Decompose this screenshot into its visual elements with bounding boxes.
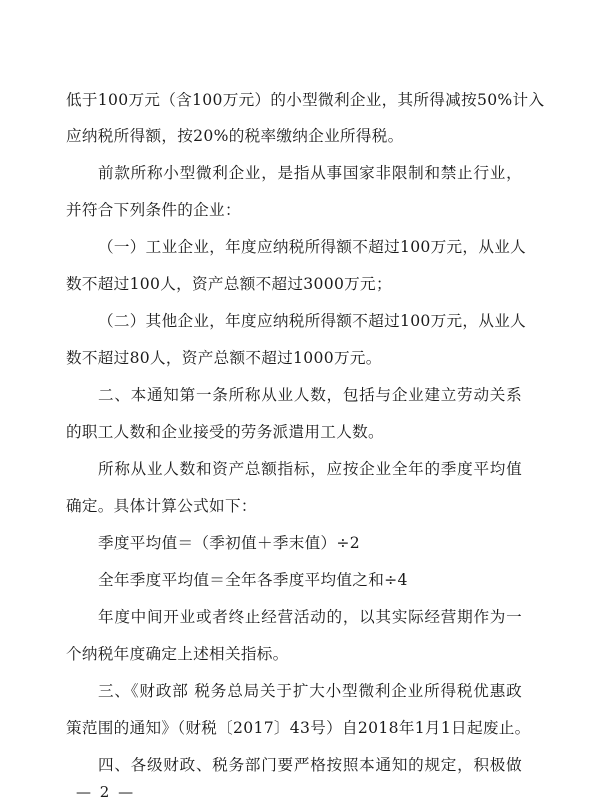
paragraph-line: （二）其他企业，年度应纳税所得额不超过100万元，从业人 <box>98 309 522 333</box>
paragraph-line: 二、本通知第一条所称从业人数，包括与企业建立劳动关系 <box>98 383 522 407</box>
paragraph-line: （一）工业企业，年度应纳税所得额不超过100万元，从业人 <box>98 235 522 259</box>
paragraph-line: 应纳税所得额，按20%的税率缴纳企业所得税。 <box>66 124 522 148</box>
paragraph-line: 三、《财政部 税务总局关于扩大小型微利企业所得税优惠政 <box>98 679 522 703</box>
paragraph-line: 个纳税年度确定上述相关指标。 <box>66 642 522 666</box>
paragraph-line: 所称从业人数和资产总额指标，应按企业全年的季度平均值 <box>98 457 522 481</box>
paragraph-line: 前款所称小型微利企业，是指从事国家非限制和禁止行业， <box>98 161 522 185</box>
document-page: 低于100万元（含100万元）的小型微利企业，其所得减按50%计入 应纳税所得额… <box>0 0 590 803</box>
page-number: — 2 — <box>76 782 135 802</box>
paragraph-line: 数不超过80人，资产总额不超过1000万元。 <box>66 346 522 370</box>
formula-line: 全年季度平均值＝全年各季度平均值之和÷4 <box>98 568 522 592</box>
paragraph-line: 数不超过100人，资产总额不超过3000万元； <box>66 272 522 296</box>
paragraph-line: 的职工人数和企业接受的劳务派遣用工人数。 <box>66 420 522 444</box>
paragraph-line: 四、各级财政、税务部门要严格按照本通知的规定，积极做 <box>98 753 522 777</box>
paragraph-line: 确定。具体计算公式如下： <box>66 494 522 518</box>
paragraph-line: 低于100万元（含100万元）的小型微利企业，其所得减按50%计入 <box>66 88 522 112</box>
paragraph-line: 并符合下列条件的企业： <box>66 198 522 222</box>
paragraph-line: 年度中间开业或者终止经营活动的，以其实际经营期作为一 <box>98 605 522 629</box>
formula-line: 季度平均值＝（季初值＋季末值）÷2 <box>98 531 522 555</box>
paragraph-line: 策范围的通知》（财税〔2017〕43号）自2018年1月1日起废止。 <box>66 716 522 740</box>
